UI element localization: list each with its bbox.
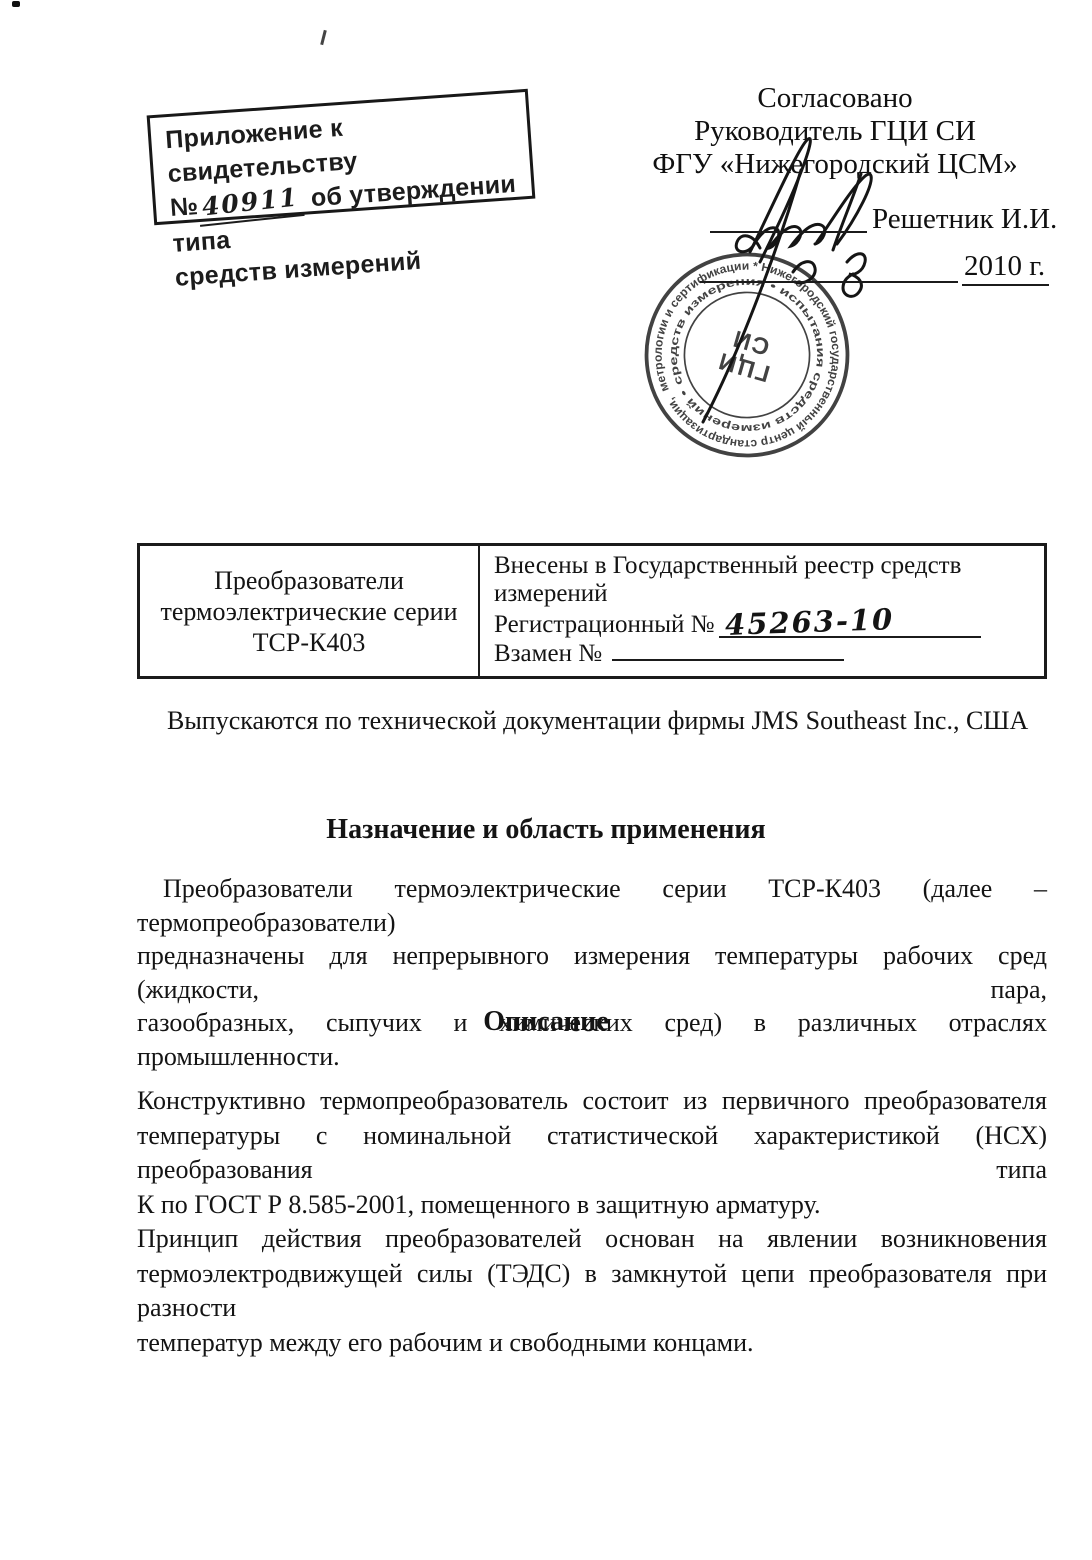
signature-line [710, 231, 867, 233]
device-title-cell: Преобразователитермоэлектрические серииТ… [140, 546, 480, 676]
section-heading-description: Описание [0, 1006, 1092, 1038]
scanned-document-page: Приложение к свидетельству №40911об утве… [0, 0, 1092, 1560]
certificate-appendix-stamp: Приложение к свидетельству №40911об утве… [147, 89, 536, 225]
registration-number-handwritten: 45263-10 [724, 606, 894, 638]
registry-entry-line: Внесены в Государственный реестр средств… [494, 552, 1034, 608]
paragraph-purpose: Преобразователи термоэлектрические серии… [137, 872, 1047, 1073]
paragraph-principle: Принцип действия преобразователей основа… [137, 1222, 1047, 1360]
date-line [700, 281, 958, 283]
replaces-number-blank [612, 639, 844, 661]
certificate-number-handwritten: 40911 [197, 180, 305, 227]
official-seal-icon: метрологии и сертификации * Нижегородски… [603, 211, 891, 499]
registration-number-row: Регистрационный №45263-10 [494, 609, 1034, 639]
section-heading-purpose: Назначение и область применения [0, 814, 1092, 846]
signee-name: Решетник И.И. [872, 203, 1057, 236]
approval-block: СогласованоРуководитель ГЦИ СИФГУ «Нижег… [620, 82, 1050, 181]
issued-by-line: Выпускаются по технической документации … [137, 706, 1047, 736]
number-sign: № [169, 192, 199, 222]
registry-info-cell: Внесены в Государственный реестр средств… [480, 546, 1044, 676]
registry-table: Преобразователитермоэлектрические серииТ… [137, 543, 1047, 679]
year-label: 2010 г. [962, 250, 1049, 286]
paragraph-design: Конструктивно термопреобразователь состо… [137, 1084, 1047, 1222]
replaces-number-row: Взамен № [494, 639, 1034, 668]
scan-artifact-tick [320, 30, 327, 45]
scan-artifact-dot [12, 1, 20, 7]
